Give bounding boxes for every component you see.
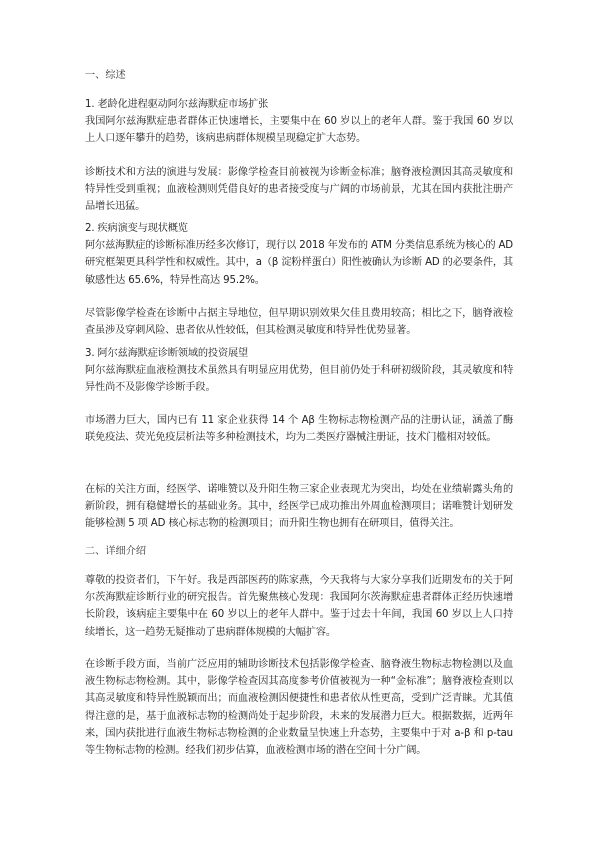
paragraph-text: 阿尔兹海默症的诊断标准历经多次修订，现行以 2018 年发布的 ATM 分类信息… — [85, 240, 513, 285]
section-heading-details: 二、详细介绍 — [85, 542, 146, 557]
paragraph-aging-market: 1. 老龄化进程驱动阿尔兹海默症市场扩张 我国阿尔兹海默症患者群体正快速增长，主… — [85, 96, 513, 148]
paragraph-text: 我国阿尔兹海默症患者群体正快速增长，主要集中在 60 岁以上的老年人群。鉴于我国… — [85, 116, 513, 144]
paragraph-imaging-vs-csf: 尽管影像学检查在诊断中占据主导地位，但早期识别效果欠佳且费用较高；相比之下，脑脊… — [85, 305, 513, 339]
paragraph-disease-overview: 2. 疾病演变与现状概览 阿尔兹海默症的诊断标准历经多次修订，现行以 2018 … — [85, 220, 513, 289]
paragraph-market-potential: 市场潜力巨大，国内已有 11 家企业获得 14 个 Aβ 生物标志物检测产品的注… — [85, 412, 513, 446]
subheading-aging-market: 1. 老龄化进程驱动阿尔兹海默症市场扩张 — [85, 96, 513, 113]
paragraph-diagnostic-methods: 在诊断手段方面，当前广泛应用的辅助诊断技术包括影像学检查、脑脊液生物标志物检测以… — [85, 656, 513, 759]
paragraph-text: 阿尔兹海默症血液检测技术虽然具有明显应用优势，但目前仍处于科研初级阶段，其灵敏度… — [85, 365, 513, 393]
paragraph-introduction: 尊敬的投资者们，下午好。我是西部医药的陈家燕，今天我将与大家分享我们近期发布的关… — [85, 572, 513, 641]
subheading-disease-overview: 2. 疾病演变与现状概览 — [85, 220, 513, 237]
paragraph-diagnostic-tech: 诊断技术和方法的演进与发展：影像学检查目前被视为诊断金标准；脑脊液检测因其高灵敏… — [85, 164, 513, 216]
paragraph-investment-outlook: 3. 阿尔兹海默症诊断领域的投资展望 阿尔兹海默症血液检测技术虽然具有明显应用优… — [85, 345, 513, 397]
paragraph-target-companies: 在标的关注方面，经医学、诺唯赞以及升阳生物三家企业表现尤为突出，均处在业绩崭露头… — [85, 481, 513, 533]
section-heading-overview: 一、综述 — [85, 66, 126, 81]
subheading-investment-outlook: 3. 阿尔兹海默症诊断领域的投资展望 — [85, 345, 513, 362]
